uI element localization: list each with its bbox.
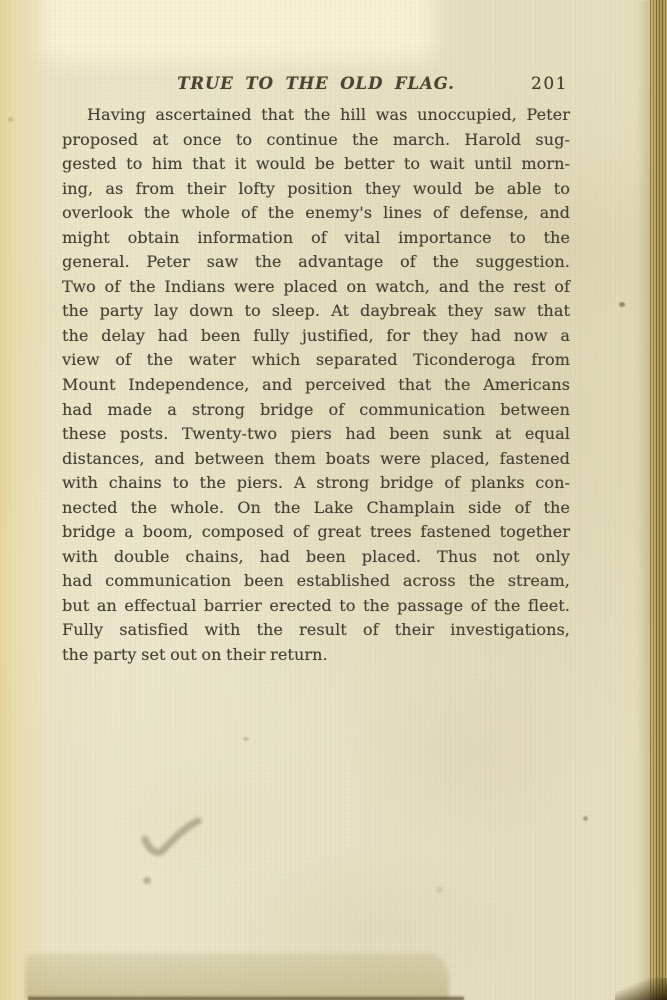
text-line: the party lay down to sleep. At daybreak… [62, 299, 570, 324]
text-line: overlook the whole of the enemy's lines … [62, 201, 570, 226]
fore-edge-page-stack [650, 0, 667, 1000]
text-line: might obtain information of vital import… [62, 226, 570, 251]
text-line: Fully satisfied with the result of their… [62, 618, 570, 643]
text-line: gested to him that it would be better to… [62, 152, 570, 177]
text-line: these posts. Twenty-two piers had been s… [62, 422, 570, 447]
bottom-page-curl-shadow [25, 953, 449, 999]
paper-speck [243, 737, 249, 741]
text-line: the party set out on their return. [62, 643, 570, 668]
paper-speck [619, 302, 625, 307]
text-line: with chains to the piers. A strong bridg… [62, 471, 570, 496]
body-paragraph: Having ascertained that the hill was uno… [62, 103, 570, 668]
text-line: bridge a boom, composed of great trees f… [62, 520, 570, 545]
text-line: had made a strong bridge of communicatio… [62, 398, 570, 423]
bottom-page-edge-line [28, 995, 464, 1000]
bottom-right-corner-shadow [615, 978, 667, 1000]
text-line: Mount Independence, and perceived that t… [62, 373, 570, 398]
paper-speck [436, 887, 443, 893]
text-line: Two of the Indians were placed on watch,… [62, 275, 570, 300]
page-number: 201 [531, 74, 568, 94]
scanned-book-page: TRUE TO THE OLD FLAG. 201 Having ascerta… [0, 0, 667, 1000]
text-line: general. Peter saw the advantage of the … [62, 250, 570, 275]
scan-glare-band [42, 0, 434, 62]
text-line: Having ascertained that the hill was uno… [62, 103, 570, 128]
paper-speck [143, 877, 151, 884]
text-line: ing, as from their lofty position they w… [62, 177, 570, 202]
page-header: TRUE TO THE OLD FLAG. 201 [62, 74, 570, 98]
paper-speck [583, 816, 588, 821]
text-line: but an effectual barrier erected to the … [62, 594, 570, 619]
paper-speck [8, 117, 13, 122]
text-line: nected the whole. On the Lake Champlain … [62, 496, 570, 521]
text-line: view of the water which separated Ticond… [62, 348, 570, 373]
text-line: proposed at once to continue the march. … [62, 128, 570, 153]
pencil-checkmark-mark [138, 812, 212, 862]
text-line: with double chains, had been placed. Thu… [62, 545, 570, 570]
text-line: distances, and between them boats were p… [62, 447, 570, 472]
fore-edge-shadow [637, 0, 651, 1000]
running-title: TRUE TO THE OLD FLAG. [62, 74, 570, 93]
text-line: had communication been established acros… [62, 569, 570, 594]
text-line: the delay had been fully justified, for … [62, 324, 570, 349]
